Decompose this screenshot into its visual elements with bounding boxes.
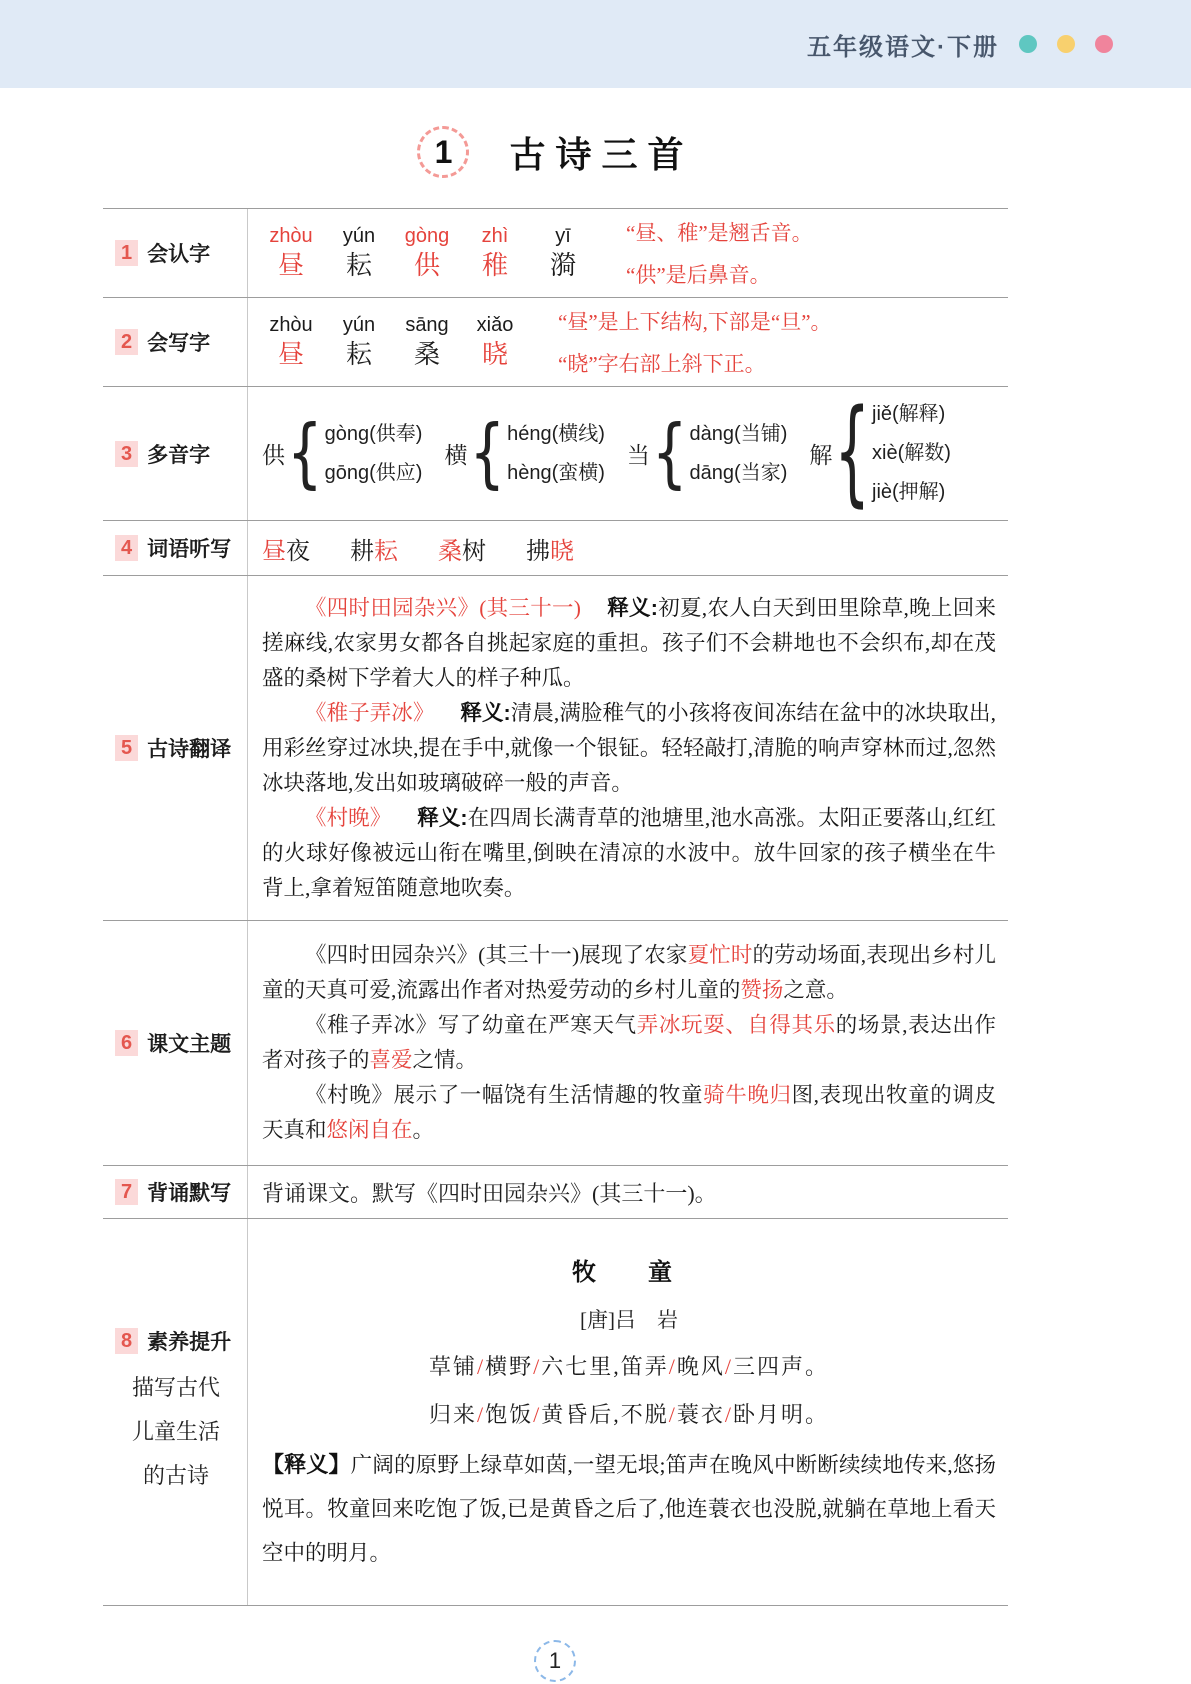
row-write-content: zhòu 昼 yún 耘 sāng 桑 xiǎo: [248, 298, 1008, 386]
hanzi: 横: [444, 437, 467, 470]
pinyin: gòng: [398, 223, 456, 249]
translation-paragraph: 《村晚》释义:在四周长满青草的池塘里,池水高涨。太阳正要落山,红红的火球好像被远…: [262, 801, 996, 906]
row-literacy-label: 8 素养提升 描写古代 儿童生活 的古诗: [103, 1219, 248, 1605]
note-line: “供”是后鼻音。: [626, 259, 813, 289]
pinyin-char-pair: xiǎo 晓: [466, 312, 524, 372]
poem-line: 草铺/横野/六七里,笛弄/晚风/三四声。: [262, 1343, 996, 1391]
theme-paragraph: 《稚子弄冰》写了幼童在严寒天气弄冰玩耍、自得其乐的场景,表达出作者对孩子的喜爱之…: [262, 1008, 996, 1078]
shiyi-text: 广阔的原野上绿草如茵,一望无垠;笛声在晚风中断断续续地传来,悠扬悦耳。牧童回来吃…: [262, 1453, 996, 1565]
reading-entry: gòng(供奉): [325, 415, 423, 454]
pinyin-char-pair: zhòu 昼: [262, 312, 320, 372]
dictation-word: 耕耘: [350, 531, 398, 566]
reading-entry: jiè(押解): [872, 473, 951, 512]
row-number-badge: 1: [115, 240, 138, 266]
pinyin: zhòu: [262, 312, 320, 338]
hanzi: 耘: [330, 249, 388, 283]
row-label-text: 多音字: [147, 439, 210, 469]
row-number-badge: 8: [115, 1328, 138, 1354]
lesson-title-block: 1 古诗三首: [103, 126, 1008, 178]
header-bar: 五年级语文·下册: [0, 0, 1191, 88]
reading-entry: gōng(供应): [325, 454, 423, 493]
study-table: 1 会认字 zhòu 昼 yún 耘: [103, 208, 1008, 1606]
row-dictation-content: 昼夜 耕耘 桑树 拂晓: [248, 521, 1008, 575]
row-recognize-content: zhòu 昼 yún 耘 gòng 供 zhì: [248, 209, 1008, 297]
row-recite: 7 背诵默写 背诵课文。默写《四时田园杂兴》(其三十一)。: [103, 1166, 1008, 1219]
dictation-word: 拂晓: [526, 531, 574, 566]
pinyin: zhòu: [262, 223, 320, 249]
polyphonic-group: 解 jiě(解释) xiè(解数) jiè(押解): [809, 395, 951, 512]
row-translation-label: 5 古诗翻译: [103, 576, 248, 920]
row-label-text: 课文主题: [147, 1028, 231, 1058]
book-page: 五年级语文·下册 1 古诗三首 1 会认字 zhòu 昼: [0, 0, 1191, 1684]
dictation-word: 昼夜: [262, 531, 310, 566]
pink-dot-icon: [1095, 35, 1113, 53]
row-polyphonic: 3 多音字 供 gòng(供奉) gōng(供应) 横: [103, 387, 1008, 521]
shiyi-label: 释义:: [460, 701, 510, 725]
header-title: 五年级语文·下册: [807, 27, 999, 62]
hanzi: 昼: [262, 249, 320, 283]
row-dictation-label: 4 词语听写: [103, 521, 248, 575]
teacher-notes: “昼”是上下结构,下部是“旦”。 “晓”字右部上斜下正。: [558, 306, 832, 378]
pinyin-char-list: zhòu 昼 yún 耘 sāng 桑 xiǎo: [262, 312, 524, 372]
row-translation: 5 古诗翻译 《四时田园杂兴》(其三十一)释义:初夏,农人白天到田里除草,晚上回…: [103, 576, 1008, 921]
poem-title-ref: 《村晚》: [305, 806, 391, 830]
brace-glyph: [652, 416, 688, 492]
row-polyphonic-label: 3 多音字: [103, 387, 248, 520]
brace-glyph: [469, 416, 505, 492]
row-theme: 6 课文主题 《四时田园杂兴》(其三十一)展现了农家夏忙时的劳动场面,表现出乡村…: [103, 921, 1008, 1166]
shiyi-label: 释义:: [607, 596, 658, 620]
row-literacy: 8 素养提升 描写古代 儿童生活 的古诗 牧 童 [唐]吕 岩 草铺/横野/六七…: [103, 1219, 1008, 1606]
poem-title-ref: 《四时田园杂兴》(其三十一): [305, 596, 581, 620]
reading-entry: jiě(解释): [872, 395, 951, 434]
note-line: “晓”字右部上斜下正。: [558, 348, 832, 378]
dictation-word: 桑树: [438, 531, 486, 566]
shiyi-label: 【释义】: [262, 1452, 351, 1477]
reading-entry: dāng(当家): [690, 454, 788, 493]
pinyin-char-pair: yī 漪: [534, 223, 592, 283]
recite-text: 背诵课文。默写《四时田园杂兴》(其三十一)。: [262, 1177, 996, 1208]
polyphonic-group: 供 gòng(供奉) gōng(供应): [262, 415, 422, 493]
reading-entry: héng(横线): [507, 415, 605, 454]
row-number-badge: 6: [115, 1030, 138, 1056]
row-dictation: 4 词语听写 昼夜 耕耘 桑树 拂晓: [103, 521, 1008, 576]
pinyin: zhì: [466, 223, 524, 249]
pinyin-char-pair: yún 耘: [330, 312, 388, 372]
note-line: “昼、稚”是翘舌音。: [626, 217, 813, 247]
hanzi: 当: [627, 437, 650, 470]
note-line: “昼”是上下结构,下部是“旦”。: [558, 306, 832, 336]
hanzi: 漪: [534, 249, 592, 283]
row-label-text: 会认字: [147, 238, 210, 268]
translation-paragraph: 《四时田园杂兴》(其三十一)释义:初夏,农人白天到田里除草,晚上回来搓麻线,农家…: [262, 591, 996, 696]
row-write: 2 会写字 zhòu 昼 yún 耘: [103, 298, 1008, 387]
row-label-text: 古诗翻译: [147, 733, 231, 763]
row-translation-content: 《四时田园杂兴》(其三十一)释义:初夏,农人白天到田里除草,晚上回来搓麻线,农家…: [248, 576, 1008, 920]
polyphonic-group: 当 dàng(当铺) dāng(当家): [627, 415, 787, 493]
hanzi: 昼: [262, 338, 320, 372]
hanzi: 供: [262, 437, 285, 470]
pinyin-char-list: zhòu 昼 yún 耘 gòng 供 zhì: [262, 223, 592, 283]
shiyi-label: 释义:: [417, 806, 467, 830]
hanzi: 解: [809, 437, 832, 470]
poem-author: [唐]吕 岩: [262, 1297, 996, 1343]
polyphonic-group: 横 héng(横线) hèng(蛮横): [444, 415, 604, 493]
brace-glyph: [834, 396, 870, 511]
hanzi: 桑: [398, 338, 456, 372]
row-recognize-label: 1 会认字: [103, 209, 248, 297]
translation-paragraph: 《稚子弄冰》释义:清晨,满脸稚气的小孩将夜间冻结在盆中的冰块取出,用彩丝穿过冰块…: [262, 696, 996, 801]
theme-paragraph: 《村晚》展示了一幅饶有生活情趣的牧童骑牛晚归图,表现出牧童的调皮天真和悠闲自在。: [262, 1078, 996, 1148]
pinyin-char-pair: yún 耘: [330, 223, 388, 283]
row-number-badge: 2: [115, 329, 138, 355]
hanzi: 稚: [466, 249, 524, 283]
poem-shiyi: 【释义】广阔的原野上绿草如茵,一望无垠;笛声在晚风中断断续续地传来,悠扬悦耳。牧…: [262, 1443, 996, 1575]
pinyin-char-pair: zhì 稚: [466, 223, 524, 283]
teacher-notes: “昼、稚”是翘舌音。 “供”是后鼻音。: [626, 217, 813, 289]
reading-entry: hèng(蛮横): [507, 454, 605, 493]
row-recognize: 1 会认字 zhòu 昼 yún 耘: [103, 209, 1008, 298]
row-label-text: 素养提升: [147, 1326, 231, 1356]
row-label-text: 会写字: [147, 327, 210, 357]
pinyin-char-pair: zhòu 昼: [262, 223, 320, 283]
brace-glyph: [287, 416, 323, 492]
reading-entry: xiè(解数): [872, 434, 951, 473]
row-write-label: 2 会写字: [103, 298, 248, 386]
pinyin: sāng: [398, 312, 456, 338]
row-label-text: 词语听写: [147, 533, 231, 563]
row-number-badge: 7: [115, 1179, 138, 1205]
hanzi: 耘: [330, 338, 388, 372]
row-recite-label: 7 背诵默写: [103, 1166, 248, 1218]
lesson-name: 古诗三首: [509, 127, 693, 178]
poem-title: 牧 童: [262, 1249, 996, 1297]
pinyin: yún: [330, 223, 388, 249]
teal-dot-icon: [1019, 35, 1037, 53]
row-theme-content: 《四时田园杂兴》(其三十一)展现了农家夏忙时的劳动场面,表现出乡村儿童的天真可爱…: [248, 921, 1008, 1165]
yellow-dot-icon: [1057, 35, 1075, 53]
reading-entry: dàng(当铺): [690, 415, 788, 454]
pinyin-char-pair: gòng 供: [398, 223, 456, 283]
row-number-badge: 4: [115, 535, 138, 561]
row-polyphonic-content: 供 gòng(供奉) gōng(供应) 横 héng(横线) hèng(蛮横): [248, 387, 1008, 520]
pinyin: yī: [534, 223, 592, 249]
row-number-badge: 3: [115, 441, 138, 467]
theme-paragraph: 《四时田园杂兴》(其三十一)展现了农家夏忙时的劳动场面,表现出乡村儿童的天真可爱…: [262, 938, 996, 1008]
page-number: 1: [534, 1640, 576, 1682]
hanzi: 晓: [466, 338, 524, 372]
pinyin: yún: [330, 312, 388, 338]
row-label-text: 背诵默写: [147, 1177, 231, 1207]
pinyin: xiǎo: [466, 312, 524, 338]
row-sublabel: 描写古代 儿童生活 的古诗: [115, 1366, 247, 1498]
pinyin-char-pair: sāng 桑: [398, 312, 456, 372]
poem-title-ref: 《稚子弄冰》: [305, 701, 434, 725]
row-recite-content: 背诵课文。默写《四时田园杂兴》(其三十一)。: [248, 1166, 1008, 1218]
lesson-number: 1: [417, 126, 469, 178]
row-literacy-content: 牧 童 [唐]吕 岩 草铺/横野/六七里,笛弄/晚风/三四声。 归来/饱饭/黄昏…: [248, 1219, 1008, 1605]
row-number-badge: 5: [115, 735, 138, 761]
poem-line: 归来/饱饭/黄昏后,不脱/蓑衣/卧月明。: [262, 1391, 996, 1439]
hanzi: 供: [398, 249, 456, 283]
row-theme-label: 6 课文主题: [103, 921, 248, 1165]
